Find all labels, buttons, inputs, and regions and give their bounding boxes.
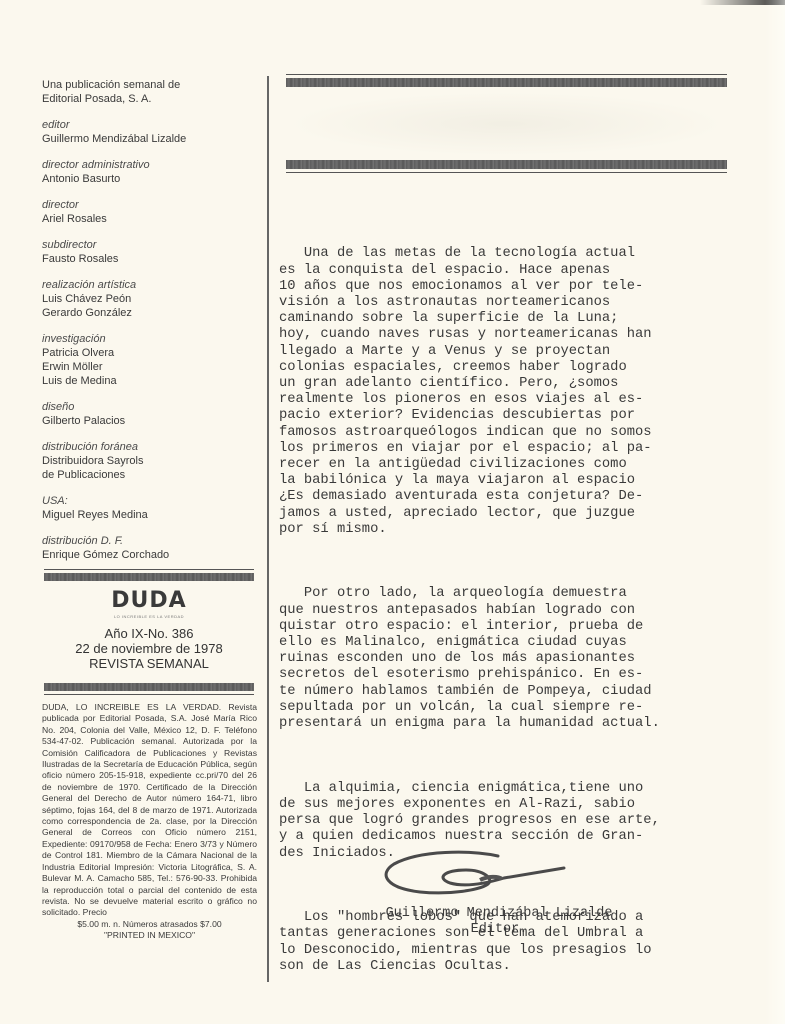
credit-name: Gilberto Palacios — [42, 414, 257, 428]
credit-role: distribución D. F. — [42, 534, 257, 548]
credit-entry: distribución D. F.Enrique Gómez Corchado — [42, 534, 257, 562]
issue-date: 22 de noviembre de 1978 — [44, 641, 254, 656]
credit-name: Luis Chávez Peón — [42, 292, 257, 306]
thin-rule — [44, 569, 254, 570]
editor-title: Editor. — [279, 922, 719, 938]
credit-name: Erwin Möller — [42, 360, 257, 374]
thick-rule — [44, 683, 254, 691]
credit-role: director — [42, 198, 257, 212]
credit-name: Patricia Olvera — [42, 346, 257, 360]
credit-role: USA: — [42, 494, 257, 508]
credit-name: de Publicaciones — [42, 468, 257, 482]
logo-tagline: LO INCREIBLE ES LA VERDAD — [44, 614, 254, 620]
column-divider — [267, 76, 269, 982]
thick-rule — [44, 573, 254, 581]
price-line: $5.00 m. n. Números atrasados $7.00 — [42, 919, 257, 930]
credit-role: realización artística — [42, 278, 257, 292]
issue-info: DUDA LO INCREIBLE ES LA VERDAD Año IX-No… — [44, 590, 254, 671]
credit-role: subdirector — [42, 238, 257, 252]
publisher-intro: Una publicación semanal de Editorial Pos… — [42, 78, 257, 106]
printed-in-line: "PRINTED IN MEXICO" — [42, 930, 257, 941]
editorial-paragraph: Una de las metas de la tecnología actual… — [279, 246, 719, 538]
credit-name: Distribuidora Sayrols — [42, 454, 257, 468]
faded-header-art — [286, 92, 727, 156]
header-top-rule — [286, 74, 727, 87]
duda-logo: DUDA — [44, 590, 254, 612]
credit-entry: editorGuillermo Mendizábal Lizalde — [42, 118, 257, 146]
credit-role: distribución foránea — [42, 440, 257, 454]
credit-entry: USA:Miguel Reyes Medina — [42, 494, 257, 522]
issue-frequency: REVISTA SEMANAL — [44, 656, 254, 671]
publisher-intro-line: Una publicación semanal de — [42, 78, 257, 92]
header-bottom-rule — [286, 160, 727, 173]
credit-entry: directorAriel Rosales — [42, 198, 257, 226]
credit-role: editor — [42, 118, 257, 132]
credit-entry: director administrativoAntonio Basurto — [42, 158, 257, 186]
legal-notice: DUDA, LO INCREIBLE ES LA VERDAD. Revista… — [42, 702, 257, 942]
credit-name: Luis de Medina — [42, 374, 257, 388]
issue-bottom-rule — [44, 683, 254, 695]
credits-list: editorGuillermo Mendizábal Lizaldedirect… — [42, 118, 257, 562]
credit-role: director administrativo — [42, 158, 257, 172]
thick-rule — [286, 78, 727, 87]
editor-signature-block: Guillermo Mendizábal Lizalde Editor. — [279, 906, 719, 938]
legal-text: DUDA, LO INCREIBLE ES LA VERDAD. Revista… — [42, 702, 257, 917]
credit-name: Ariel Rosales — [42, 212, 257, 226]
credit-name: Fausto Rosales — [42, 252, 257, 266]
signature-icon — [380, 846, 570, 898]
issue-number: Año IX-No. 386 — [44, 626, 254, 641]
thin-rule — [286, 172, 727, 173]
credit-role: investigación — [42, 332, 257, 346]
credit-entry: diseñoGilberto Palacios — [42, 400, 257, 428]
credit-entry: investigaciónPatricia OlveraErwin Möller… — [42, 332, 257, 388]
credit-entry: subdirectorFausto Rosales — [42, 238, 257, 266]
issue-top-rule — [44, 569, 254, 581]
thick-rule — [286, 160, 727, 169]
credit-name: Antonio Basurto — [42, 172, 257, 186]
masthead-credits: Una publicación semanal de Editorial Pos… — [42, 78, 257, 574]
credit-role: diseño — [42, 400, 257, 414]
credit-name: Miguel Reyes Medina — [42, 508, 257, 522]
editor-name: Guillermo Mendizábal Lizalde — [279, 906, 719, 922]
editorial-paragraph: Por otro lado, la arqueología demuestra … — [279, 586, 719, 732]
credit-entry: distribución foráneaDistribuidora Sayrol… — [42, 440, 257, 482]
thin-rule — [286, 74, 727, 75]
credit-name: Guillermo Mendizábal Lizalde — [42, 132, 257, 146]
publisher-intro-line: Editorial Posada, S. A. — [42, 92, 257, 106]
credit-entry: realización artísticaLuis Chávez PeónGer… — [42, 278, 257, 320]
thin-rule — [44, 694, 254, 695]
page-edge — [765, 0, 785, 1024]
credit-name: Enrique Gómez Corchado — [42, 548, 257, 562]
credit-name: Gerardo González — [42, 306, 257, 320]
